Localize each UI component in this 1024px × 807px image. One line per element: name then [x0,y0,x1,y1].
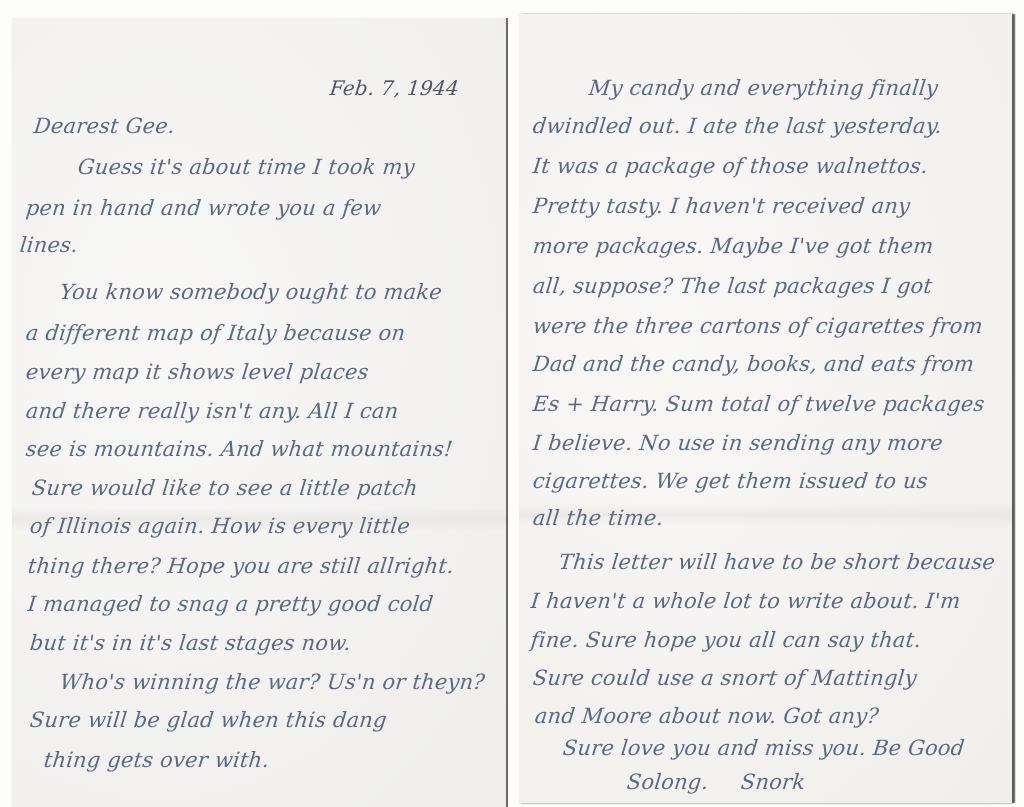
letter-page-1: Feb. 7, 1944 Dearest Gee. Guess it's abo… [12,18,506,807]
text-line: all, suppose? The last packages I got [532,274,934,298]
letter-page-2: My candy and everything finally dwindled… [519,14,1012,803]
text-line: and Moore about now. Got any? [534,704,880,728]
text-line: lines. [19,233,80,257]
closing: Solong. [626,770,710,794]
text-line: I believe. No use in sending any more [532,431,944,455]
text-line: see is mountains. And what mountains! [25,437,454,461]
text-line: It was a package of those walnettos. [532,154,930,178]
text-line: a different map of Italy because on [25,321,407,345]
text-line: more packages. Maybe I've got them [532,234,935,258]
text-line: dwindled out. I ate the last yesterday. [532,114,944,138]
text-line: Who's winning the war? Us'n or theyn? [59,670,486,694]
text-line: Sure would like to see a little patch [31,476,419,500]
text-line: cigarettes. We get them issued to us [532,469,929,493]
text-line: Dad and the candy, books, and eats from [532,352,976,376]
text-line: pen in hand and wrote you a few [25,196,383,220]
salutation: Dearest Gee. [33,114,176,138]
text-line: This letter will have to be short becaus… [558,550,997,574]
text-line: every map it shows level places [25,360,370,384]
signature: Snork [740,770,807,794]
text-line: Sure could use a snort of Mattingly [532,666,918,690]
text-line: You know somebody ought to make [59,280,444,304]
text-line: My candy and everything finally [588,76,939,100]
text-line: thing gets over with. [43,748,271,772]
letter-date: Feb. 7, 1944 [329,76,460,100]
text-line: but it's in it's last stages now. [29,631,352,655]
text-line: I haven't a whole lot to write about. I'… [530,589,962,613]
text-line: Pretty tasty. I haven't received any [532,194,912,218]
text-line: of Illinois again. How is every little [29,514,412,538]
text-line: fine. Sure hope you all can say that. [530,628,923,652]
text-line: were the three cartons of cigarettes fro… [532,314,984,338]
text-line: all the time. [532,506,665,530]
text-line: Guess it's about time I took my [77,155,416,179]
text-line: and there really isn't any. All I can [25,399,400,423]
text-line: thing there? Hope you are still allright… [27,554,456,578]
text-line: Es + Harry. Sum total of twelve packages [532,392,986,416]
text-line: Sure love you and miss you. Be Good [562,736,966,760]
text-line: I managed to snag a pretty good cold [27,592,435,616]
text-line: Sure will be glad when this dang [29,708,388,732]
